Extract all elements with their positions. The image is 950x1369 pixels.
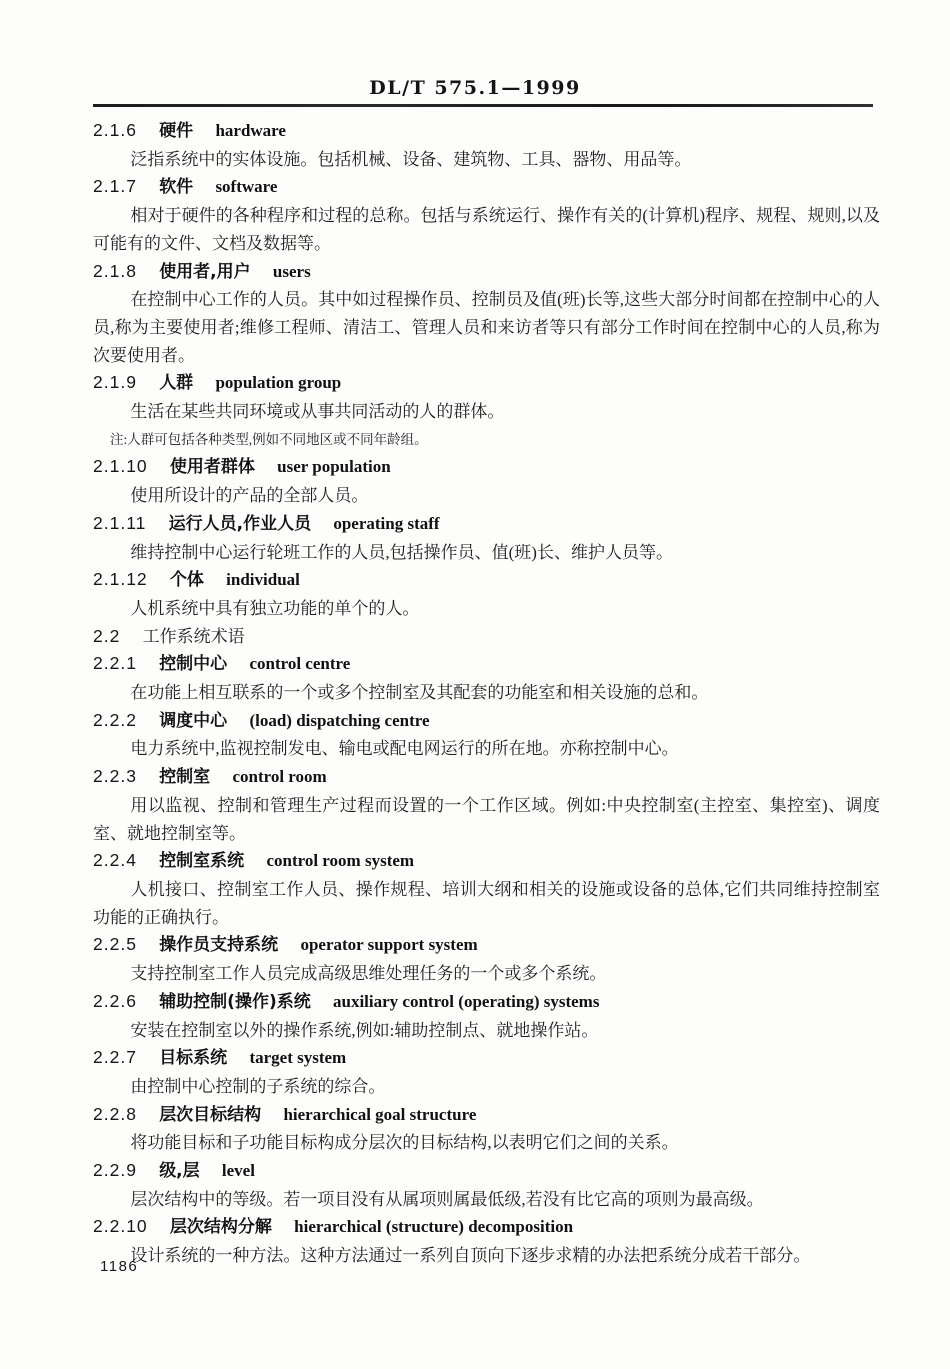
term-heading: 2.1.12 个体 individual [93,566,880,595]
term-chinese: 使用者,用户 [159,262,250,282]
term-english: control centre [249,654,350,673]
content: 2.1.6 硬件 hardware 泛指系统中的实体设施。包括机械、设备、建筑物… [93,117,880,1270]
term-english: user population [277,457,391,476]
term-definition: 使用所设计的产品的全部人员。 [93,482,880,510]
term-heading: 2.1.7 软件 software [93,173,880,202]
term-number: 2.2.1 [93,650,137,678]
term-number: 2.1.12 [93,566,148,594]
term-number: 2.2.2 [93,707,137,735]
term-number: 2.1.9 [93,369,137,397]
term-number: 2.2 [93,623,120,651]
term-chinese: 调度中心 [159,711,227,731]
term-number: 2.2.3 [93,763,137,791]
term-heading: 2.2 工作系统术语 [93,623,880,651]
term-chinese: 层次结构分解 [170,1217,272,1237]
term-heading: 2.2.1 控制中心 control centre [93,650,880,679]
term-entry: 2.2.3 控制室 control room 用以监视、控制和管理生产过程而设置… [93,763,880,847]
term-number: 2.1.6 [93,117,137,145]
term-definition: 人机接口、控制室工作人员、操作规程、培训大纲和相关的设施或设备的总体,它们共同维… [93,876,880,931]
term-english: operating staff [333,514,439,533]
term-heading: 2.2.8 层次目标结构 hierarchical goal structure [93,1101,880,1130]
term-definition: 相对于硬件的各种程序和过程的总称。包括与系统运行、操作有关的(计算机)程序、规程… [93,202,880,257]
term-definition: 设计系统的一种方法。这种方法通过一系列自顶向下逐步求精的办法把系统分成若干部分。 [93,1242,880,1270]
term-chinese: 控制室系统 [159,851,244,871]
term-entry: 2.2.5 操作员支持系统 operator support system 支持… [93,931,880,987]
term-chinese: 操作员支持系统 [159,935,278,955]
term-heading: 2.2.3 控制室 control room [93,763,880,792]
term-note: 注:人群可包括各种类型,例如不同地区或不同年龄组。 [93,426,880,454]
term-definition: 在控制中心工作的人员。其中如过程操作员、控制员及值(班)长等,这些大部分时间都在… [93,286,880,369]
term-number: 2.2.6 [93,988,137,1016]
term-heading: 2.2.4 控制室系统 control room system [93,847,880,876]
term-entry: 2.1.8 使用者,用户 users 在控制中心工作的人员。其中如过程操作员、控… [93,258,880,370]
term-heading: 2.2.6 辅助控制(操作)系统 auxiliary control (oper… [93,988,880,1017]
term-number: 2.2.8 [93,1101,137,1129]
term-definition: 层次结构中的等级。若一项目没有从属项则属最低级,若没有比它高的项则为最高级。 [93,1186,880,1214]
term-chinese: 人群 [159,373,193,393]
term-entry: 2.1.12 个体 individual 人机系统中具有独立功能的单个的人。 [93,566,880,622]
term-english: auxiliary control (operating) systems [333,992,599,1011]
term-number: 2.1.8 [93,258,137,286]
term-english: hardware [215,121,286,140]
term-entry: 2.2.10 层次结构分解 hierarchical (structure) d… [93,1213,880,1269]
term-definition: 维持控制中心运行轮班工作的人员,包括操作员、值(班)长、维护人员等。 [93,539,880,567]
term-entry: 2.2.8 层次目标结构 hierarchical goal structure… [93,1101,880,1157]
term-english: control room system [266,851,414,870]
term-entry: 2.2.2 调度中心 (load) dispatching centre 电力系… [93,707,880,763]
term-english: individual [226,570,300,589]
term-heading: 2.1.6 硬件 hardware [93,117,880,146]
term-heading: 2.1.8 使用者,用户 users [93,258,880,287]
term-definition: 支持控制室工作人员完成高级思维处理任务的一个或多个系统。 [93,960,880,988]
term-definition: 用以监视、控制和管理生产过程而设置的一个工作区域。例如:中央控制室(主控室、集控… [93,792,880,847]
term-chinese: 工作系统术语 [143,627,245,646]
term-chinese: 级,层 [159,1161,199,1181]
term-definition: 安装在控制室以外的操作系统,例如:辅助控制点、就地操作站。 [93,1017,880,1045]
term-entry: 2.1.9 人群 population group 生活在某些共同环境或从事共同… [93,369,880,453]
term-english: hierarchical (structure) decomposition [294,1217,573,1236]
term-definition: 泛指系统中的实体设施。包括机械、设备、建筑物、工具、器物、用品等。 [93,146,880,174]
document-page: DL/T 575.1—1999 2.1.6 硬件 hardware 泛指系统中的… [0,0,950,1369]
term-chinese: 控制中心 [159,654,227,674]
term-number: 2.2.7 [93,1044,137,1072]
term-english: users [273,262,311,281]
term-definition: 电力系统中,监视控制发电、输电或配电网运行的所在地。亦称控制中心。 [93,735,880,763]
term-definition: 生活在某些共同环境或从事共同活动的人的群体。 [93,398,880,426]
term-chinese: 辅助控制(操作)系统 [159,992,311,1012]
term-chinese: 使用者群体 [170,457,255,477]
section-heading-entry: 2.2 工作系统术语 [93,623,880,651]
term-english: control room [232,767,326,786]
term-number: 2.2.4 [93,847,137,875]
term-definition: 由控制中心控制的子系统的综合。 [93,1073,880,1101]
term-entry: 2.1.7 软件 software 相对于硬件的各种程序和过程的总称。包括与系统… [93,173,880,257]
term-definition: 在功能上相互联系的一个或多个控制室及其配套的功能室和相关设施的总和。 [93,679,880,707]
term-chinese: 运行人员,作业人员 [169,514,311,534]
term-heading: 2.2.2 调度中心 (load) dispatching centre [93,707,880,736]
term-entry: 2.1.11 运行人员,作业人员 operating staff 维持控制中心运… [93,510,880,566]
term-heading: 2.2.9 级,层 level [93,1157,880,1186]
term-english: target system [249,1048,346,1067]
term-english: (load) dispatching centre [249,711,429,730]
term-chinese: 目标系统 [159,1048,227,1068]
term-entry: 2.2.1 控制中心 control centre 在功能上相互联系的一个或多个… [93,650,880,706]
term-heading: 2.2.5 操作员支持系统 operator support system [93,931,880,960]
term-number: 2.2.10 [93,1213,148,1241]
term-english: level [222,1161,255,1180]
term-entry: 2.1.6 硬件 hardware 泛指系统中的实体设施。包括机械、设备、建筑物… [93,117,880,173]
standard-number-header: DL/T 575.1—1999 [0,77,950,99]
page-number: 1186 [100,1258,138,1275]
term-chinese: 硬件 [159,121,193,141]
term-number: 2.1.7 [93,173,137,201]
term-heading: 2.2.10 层次结构分解 hierarchical (structure) d… [93,1213,880,1242]
term-number: 2.2.9 [93,1157,137,1185]
term-entry: 2.2.9 级,层 level 层次结构中的等级。若一项目没有从属项则属最低级,… [93,1157,880,1213]
term-entry: 2.2.7 目标系统 target system 由控制中心控制的子系统的综合。 [93,1044,880,1100]
term-english: software [215,177,277,196]
term-chinese: 控制室 [159,767,210,787]
term-number: 2.1.11 [93,510,146,538]
term-heading: 2.2.7 目标系统 target system [93,1044,880,1073]
term-number: 2.1.10 [93,453,148,481]
term-chinese: 软件 [159,177,193,197]
term-english: hierarchical goal structure [283,1105,476,1124]
term-english: population group [215,373,341,392]
term-definition: 人机系统中具有独立功能的单个的人。 [93,595,880,623]
term-english: operator support system [300,935,477,954]
term-heading: 2.1.10 使用者群体 user population [93,453,880,482]
term-entry: 2.2.4 控制室系统 control room system 人机接口、控制室… [93,847,880,931]
term-chinese: 个体 [170,570,204,590]
term-entry: 2.1.10 使用者群体 user population 使用所设计的产品的全部… [93,453,880,509]
term-number: 2.2.5 [93,931,137,959]
term-definition: 将功能目标和子功能目标构成分层次的目标结构,以表明它们之间的关系。 [93,1129,880,1157]
term-heading: 2.1.11 运行人员,作业人员 operating staff [93,510,880,539]
term-heading: 2.1.9 人群 population group [93,369,880,398]
term-entry: 2.2.6 辅助控制(操作)系统 auxiliary control (oper… [93,988,880,1044]
term-chinese: 层次目标结构 [159,1105,261,1125]
header-rule [93,104,873,107]
